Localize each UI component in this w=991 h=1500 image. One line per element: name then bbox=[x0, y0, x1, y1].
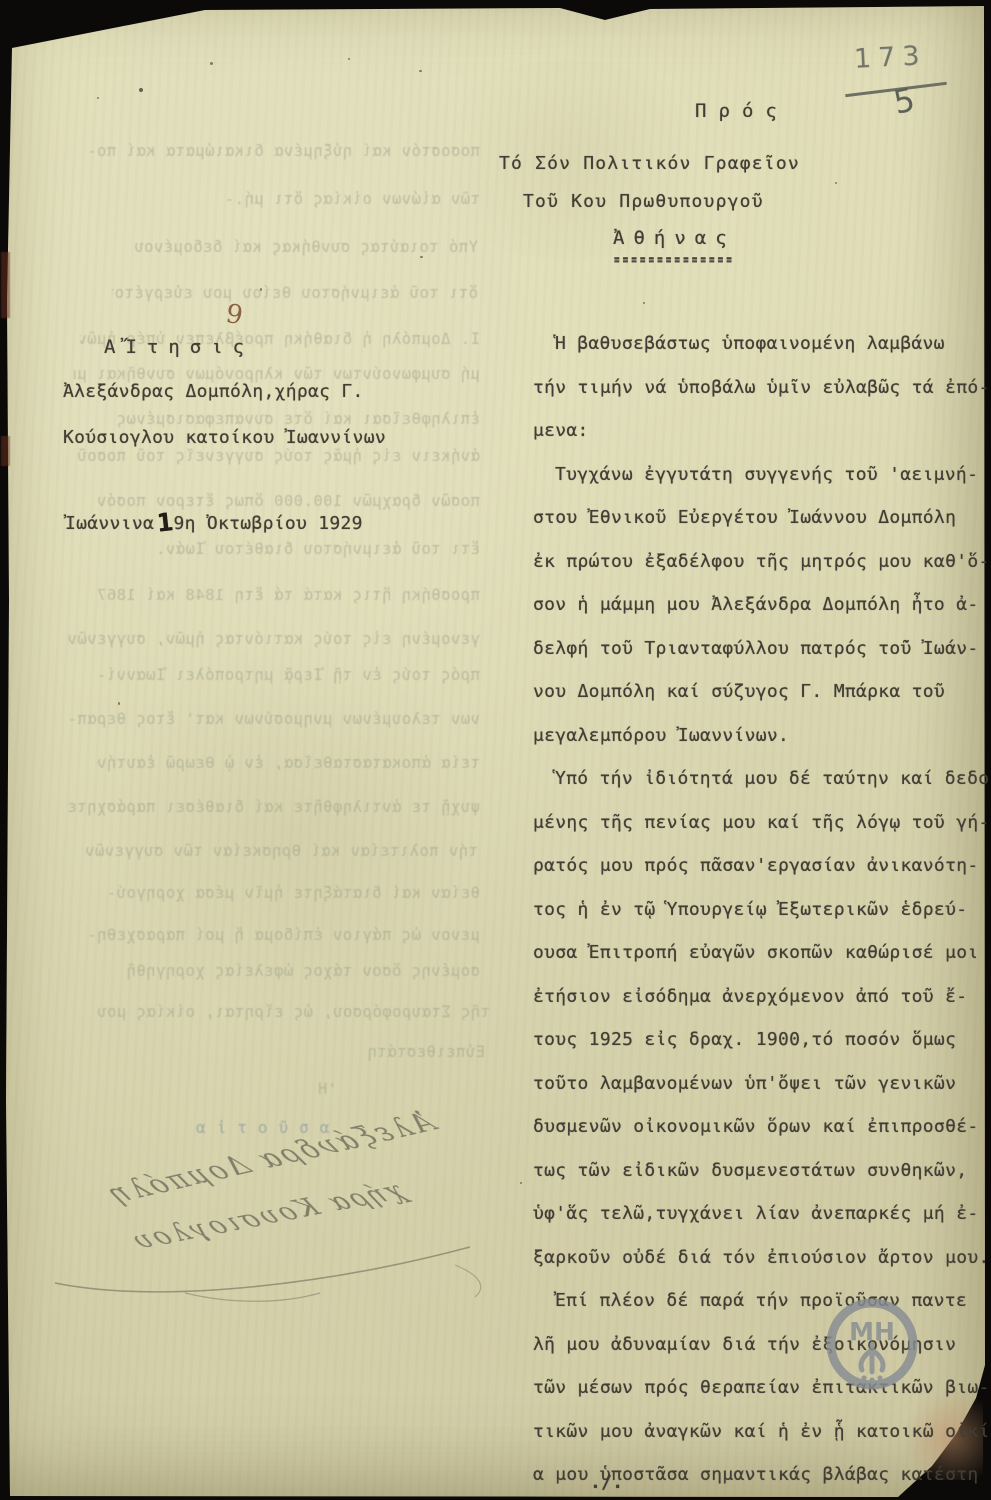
typed-line: τῶν μέσων πρός θεραπείαν ἐπιτακτικῶν βιω… bbox=[533, 1366, 991, 1410]
typed-line: τοῦτο λαμβανομένων ὑπ'ὄψει τῶν γενικῶν bbox=[533, 1062, 991, 1106]
typed-line: σον ἡ μάμμη μου Ἀλεξάνδρα Δομπόλη ἦτο ἀ- bbox=[533, 583, 991, 627]
typed-line: δελφή τοῦ Τριανταφύλλου πατρός τοῦ Ἰωάν- bbox=[533, 627, 991, 671]
typed-line: ὑφ'ἅς τελῶ,τυγχάνει λίαν ἀνεπαρκές μή ἐ- bbox=[533, 1192, 991, 1236]
paper-speck bbox=[420, 256, 423, 258]
typed-line: ἐκ πρώτου ἐξαδέλφου τῆς μητρός μου καθ'ὅ… bbox=[533, 540, 991, 584]
typed-line: λῆ μου ἀδυναμίαν διά τήν ἐξοικονόμησιν bbox=[533, 1323, 991, 1367]
dateline: Ἰωάννινα19η Ὀκτωβρίου 1929 bbox=[65, 508, 363, 537]
dateline-place: Ἰωάννινα bbox=[65, 513, 154, 534]
typed-line: δυσμενῶν οἰκονομικῶν ὅρων καί ἐπιπροσθέ- bbox=[533, 1105, 991, 1149]
bleedthrough-line: ἔτι τοῦ ἀειμνήστου διαθέτου Ἰωάν. bbox=[140, 540, 480, 558]
petitioner-line2: Κούσιογλου κατοίκου Ἰωαννίνων bbox=[63, 427, 386, 448]
header-pm-line: Τοῦ Κου Πρωθυπουργοῦ bbox=[523, 191, 764, 212]
typed-line: Ὑπό τήν ἰδιότητά μου δέ ταύτην καί δεδο- bbox=[533, 757, 991, 801]
body-column: Ἡ βαθυσεβάστως ὑποφαινομένη λαμβάνωτήν τ… bbox=[533, 322, 991, 1497]
bleedthrough-line: τῶν αἰώνων οἰκίας ὅτι μή.- bbox=[150, 190, 480, 208]
paper-speck bbox=[643, 302, 645, 304]
left-edge-mark bbox=[1, 252, 10, 318]
city-underline: -------------- bbox=[612, 248, 733, 267]
typed-line: μεγαλεμπόρου Ἰωαννίνων. bbox=[533, 714, 991, 758]
typed-line: νου Δομπόλη καί σύζυγος Γ. Μπάρκα τοῦ bbox=[533, 670, 991, 714]
bleedthrough-line: ἐπιληφθεῖσαι καί ὅτε συναπεφασισμένως bbox=[74, 410, 480, 428]
paper-speck bbox=[835, 182, 837, 184]
left-edge-mark bbox=[1, 436, 10, 466]
typed-line: Ἡ βαθυσεβάστως ὑποφαινομένη λαμβάνω bbox=[533, 322, 991, 366]
bleedthrough-line: Ὑπό τοιαύτας συνθήκας καί δεδομένου bbox=[112, 238, 478, 256]
page-end-mark: ./. bbox=[590, 1472, 623, 1493]
typed-line: ουσα Ἐπιτροπή εὐαγῶν σκοπῶν καθώρισέ μοι bbox=[533, 931, 991, 975]
typed-line: μένης τῆς πενίας μου καί τῆς λόγῳ τοῦ γή… bbox=[533, 801, 991, 845]
paper-speck bbox=[520, 1182, 522, 1184]
signature-flourish bbox=[25, 1115, 495, 1325]
bleedthrough-line: Εὐπειθεστάτη bbox=[335, 1043, 485, 1061]
bleedthrough-line: Η' bbox=[318, 1080, 358, 1098]
header-city: Ἀθήνας bbox=[613, 227, 736, 249]
typed-line: ἐτήσιον εἰσόδημα ἀνερχόμενον ἀπό τοῦ ἔ- bbox=[533, 975, 991, 1019]
bleedthrough-line: ἀνήκειν εἰς ἡμᾶς τούς συγγενεῖς τοῦ ποσο… bbox=[58, 447, 480, 465]
petitioner-line1: Ἀλεξάνδρας Δομπόλη,χήρας Γ. bbox=[63, 381, 364, 402]
bleedthrough-line: ποσοστόν καί ηὐξημένα δικαιώματα καί πο- bbox=[50, 142, 480, 160]
typed-line: τους 1925 εἰς δραχ. 1900,τό ποσόν ὅμως bbox=[533, 1018, 991, 1062]
paper-speck bbox=[97, 97, 99, 99]
paper-speck bbox=[419, 70, 422, 72]
paper-speck bbox=[139, 88, 143, 92]
paper-speck bbox=[905, 640, 908, 643]
handwritten-date-digit: 1 bbox=[156, 507, 174, 537]
typed-line: στου Ἐθνικοῦ Εὐεργέτου Ἰωάννου Δομπόλη bbox=[533, 496, 991, 540]
bleedthrough-line: ψυχῇ τε ἀντιληφθῆτε καί διαθέσει παράσχη… bbox=[60, 798, 480, 816]
typed-line: τως τῶν εἰδικῶν δυσμενεστάτων συνθηκῶν, bbox=[533, 1149, 991, 1193]
bleedthrough-line: νων τελουμένων μνημοσύνων κατ' ἔτος θερα… bbox=[55, 710, 480, 728]
typed-line: ξαρκοῦν οὐδέ διά τόν ἐπιούσιον ἄρτον μου… bbox=[533, 1236, 991, 1280]
bleedthrough-line: πρός τούς ἐν τῇ Ἱερᾷ μητροπόλει Ἰωαννί- bbox=[55, 666, 480, 684]
paper-speck bbox=[348, 58, 350, 60]
paper-speck bbox=[118, 702, 120, 705]
bleedthrough-line: σομένης ὅσον τάχος ὠφελείας χορηγηθῆ bbox=[60, 962, 480, 980]
petition-title: ΑἼτησις bbox=[104, 336, 254, 358]
typed-line: ρατός μου πρός πᾶσαν'εργασίαν ἀνικανότη- bbox=[533, 844, 991, 888]
typed-line: τήν τιμήν νά ὑποβάλω ὑμῖν εὐλαβῶς τά ἐπό… bbox=[533, 366, 991, 410]
paper-speck bbox=[260, 288, 262, 291]
bleedthrough-line: γενομένη εἰς τούς κατιόντας ἡμῶν, συγγεν… bbox=[55, 630, 480, 648]
bleedthrough-line: τήν πολιτείαν καί θρησκείαν τῶν συγγενῶν bbox=[58, 842, 478, 860]
typed-line: μενα: bbox=[533, 409, 991, 453]
typed-line: Τυγχάνω ἐγγυτάτη συγγενής τοῦ 'αειμνή- bbox=[533, 453, 991, 497]
typed-line: Ἐπί πλέον δέ παρά τήν προϊοῦσαν παντε bbox=[533, 1279, 991, 1323]
scanned-document-page: ποσοστόν καί ηὐξημένα δικαιώματα καί πο-… bbox=[0, 0, 991, 1500]
bleedthrough-line: ὅτι τοῦ ἀειμνήστου θείου μου εὐεργέτου bbox=[112, 284, 478, 302]
bleedthrough-line: μενον ὡς πάγιον ἐπίδομα ἤ μοί παρασχεθη- bbox=[60, 926, 480, 944]
bleedthrough-line: προσθήκη ἥτις κατά τά ἔτη 1848 καί 1867 bbox=[70, 586, 480, 604]
bleedthrough-line: τῆς Σταυροφόρσου, ὡς εἴρηται, οἰκίας μου… bbox=[95, 1003, 490, 1021]
signature-block: Ἀλεξάνδρα Δομπόλη χήρα Κουσιογλου bbox=[25, 1115, 495, 1325]
paper-speck bbox=[210, 62, 213, 65]
pencil-page-number: 173 bbox=[853, 40, 927, 75]
bleedthrough-line: θείαν καί διατάξητε ἡμῖν μέσα χορηγού- bbox=[55, 884, 480, 902]
header-office-line: Τό Σόν Πολιτικόν Γραφεῖον bbox=[499, 153, 800, 174]
dateline-rest: 9η Ὀκτωβρίου 1929 bbox=[173, 513, 362, 534]
header-to-label: Π ρ ό ς bbox=[695, 100, 777, 122]
archive-stamp: ΜΗ bbox=[822, 1294, 922, 1394]
typed-line: τικῶν μου ἀναγκῶν καί ἡ ἐν ᾗ κατοικῶ οἰκ… bbox=[533, 1410, 991, 1454]
bleedthrough-line: τεία ἀποκατασταθεῖσα, ἐν ᾧ θεωρῶ ἑαυτήν bbox=[55, 754, 480, 772]
typed-line: τος ἡ ἐν τῷ Ὑπουργείῳ Ἐξωτερικῶν ἑδρεύ- bbox=[533, 888, 991, 932]
